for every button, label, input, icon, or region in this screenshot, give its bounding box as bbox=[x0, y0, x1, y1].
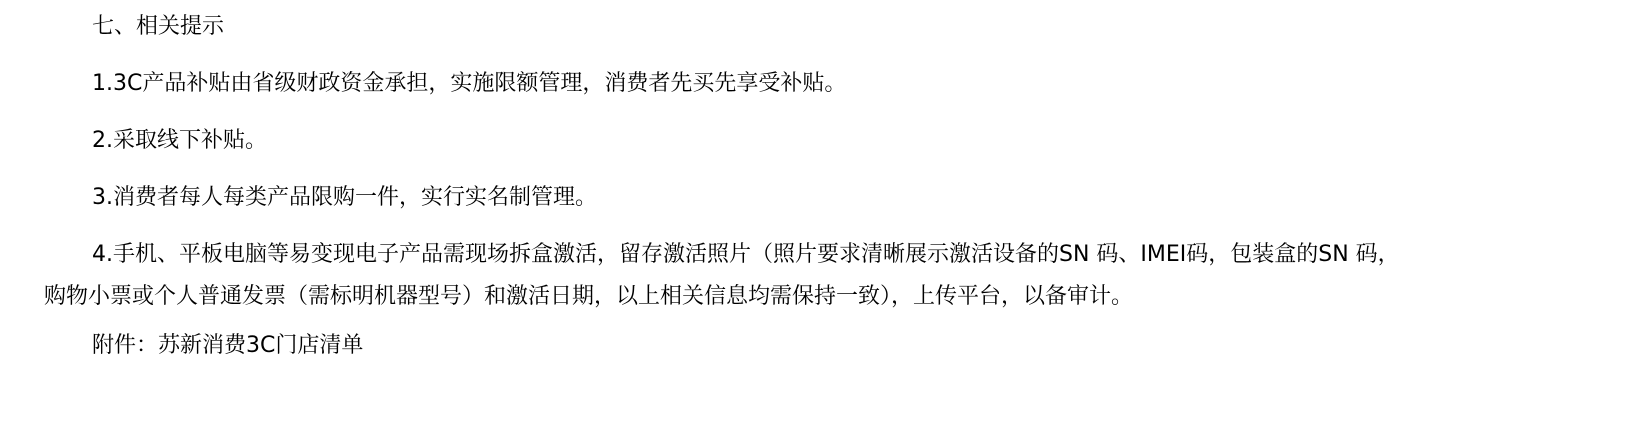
document-page: 七、相关提示 1.3C产品补贴由省级财政资金承担，实施限额管理，消费者先买先享受… bbox=[0, 0, 1627, 430]
attachment-note: 附件：苏新消费3C门店清单 bbox=[92, 331, 363, 361]
tip-item-4-line-1: 4.手机、平板电脑等易变现电子产品需现场拆盒激活，留存激活照片（照片要求清晰展示… bbox=[92, 240, 1400, 270]
tip-item-1: 1.3C产品补贴由省级财政资金承担，实施限额管理，消费者先买先享受补贴。 bbox=[92, 69, 846, 99]
tip-item-3: 3.消费者每人每类产品限购一件，实行实名制管理。 bbox=[92, 183, 597, 213]
tip-item-2: 2.采取线下补贴。 bbox=[92, 126, 267, 156]
section-heading: 七、相关提示 bbox=[92, 12, 224, 42]
tip-item-4-line-2: 购物小票或个人普通发票（需标明机器型号）和激活日期，以上相关信息均需保持一致），… bbox=[44, 282, 1133, 312]
